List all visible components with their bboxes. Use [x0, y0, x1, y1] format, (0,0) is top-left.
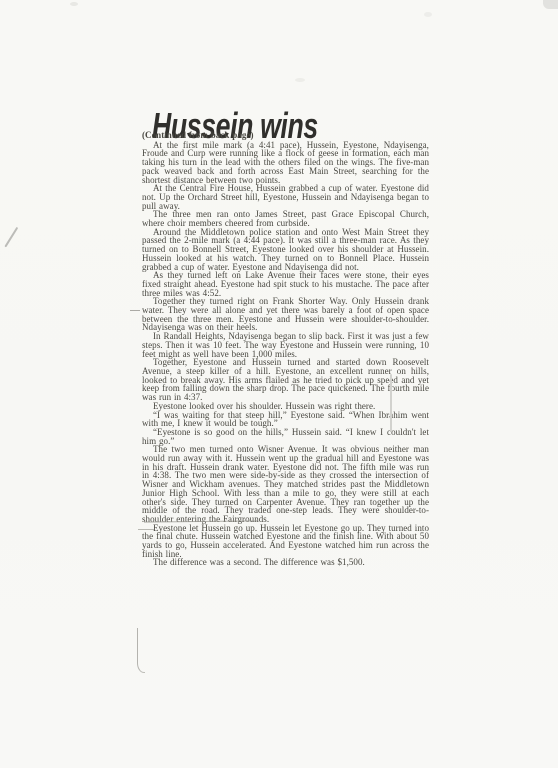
corner-shade	[543, 0, 558, 9]
article-paragraph: Together they turned right on Frank Shor…	[142, 297, 429, 332]
article-paragraph: The three men ran onto James Street, pas…	[142, 210, 429, 227]
margin-dash-mark	[130, 310, 140, 311]
article-paragraph: In Randall Heights, Ndayisenga began to …	[142, 332, 429, 358]
newspaper-page: Hussein wins (Continued from back page) …	[0, 0, 558, 768]
article-body: (Continued from back page) At the first …	[142, 131, 429, 567]
scan-smudge	[70, 2, 78, 6]
scan-smudge	[424, 12, 432, 17]
margin-bracket-mark	[137, 628, 145, 673]
article-paragraph: At the Central Fire House, Hussein grabb…	[142, 184, 429, 210]
scan-smudge	[295, 78, 305, 82]
article-paragraph: At the first mile mark (a 4:41 pace), Hu…	[142, 141, 429, 185]
pencil-slash-mark	[4, 227, 17, 247]
article-paragraph: The two men turned onto Wisner Avenue. I…	[142, 445, 429, 523]
continuation-note: (Continued from back page)	[142, 131, 429, 140]
article-paragraph: Eyestone let Hussein go up. Hussein let …	[142, 524, 429, 559]
article-paragraph: The difference was a second. The differe…	[142, 558, 429, 567]
article-paragraph: As they turned left on Lake Avenue their…	[142, 271, 429, 297]
article-paragraph: “I was waiting for that steep hill,” Eye…	[142, 411, 429, 428]
article-paragraph: “Eyestone is so good on the hills,” Huss…	[142, 428, 429, 445]
article-paragraphs: At the first mile mark (a 4:41 pace), Hu…	[142, 141, 429, 567]
article-paragraph: Together, Eyestone and Hussein turned an…	[142, 358, 429, 402]
article-paragraph: Around the Middletown police station and…	[142, 228, 429, 272]
